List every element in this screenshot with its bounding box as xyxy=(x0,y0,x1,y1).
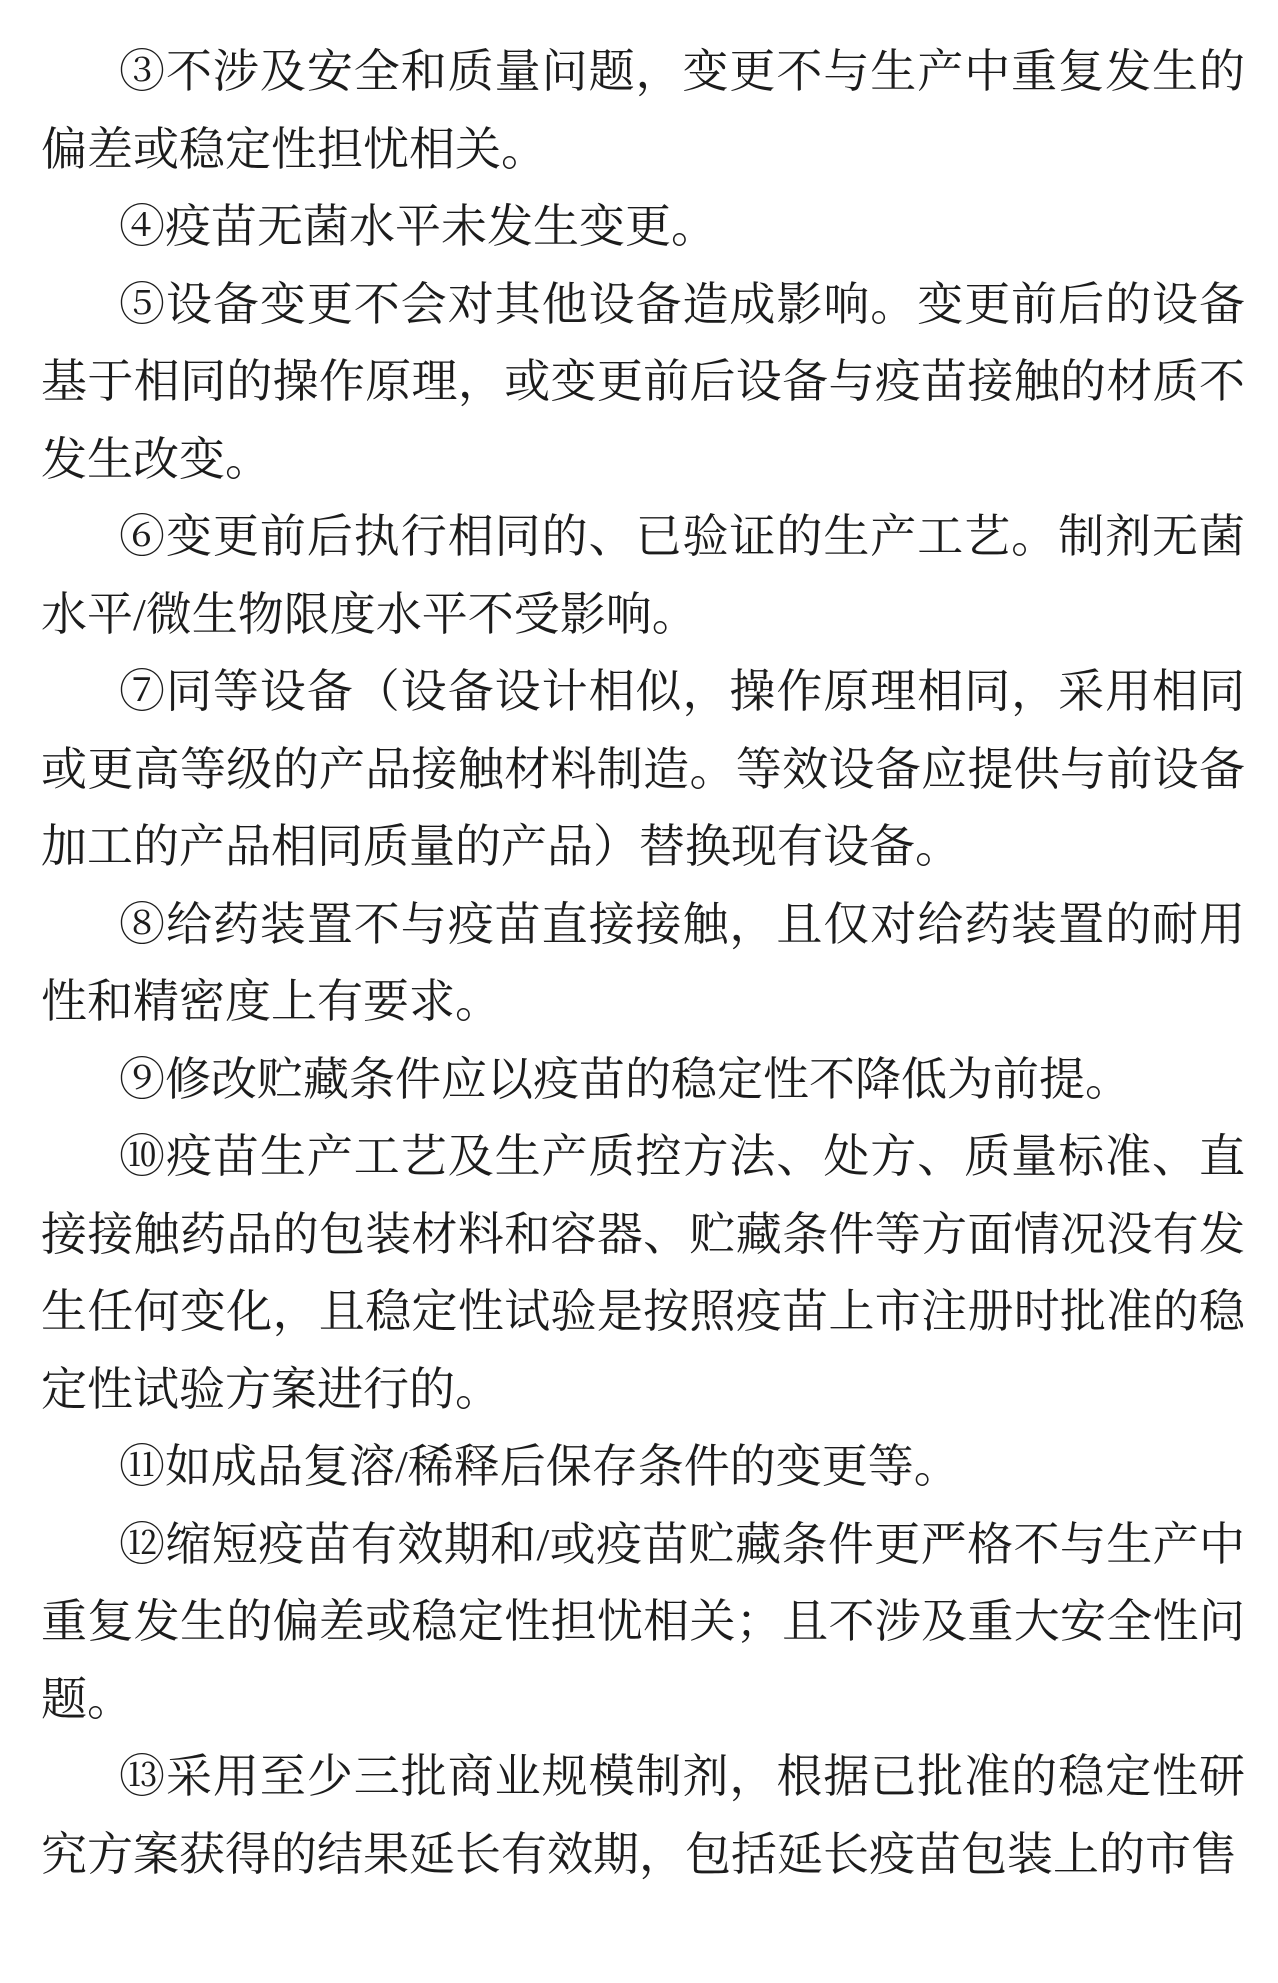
list-item-9: ⑨修改贮藏条件应以疫苗的稳定性不降低为前提。 xyxy=(41,1041,1245,1119)
list-item-4: ④疫苗无菌水平未发生变更。 xyxy=(41,188,1245,266)
list-item-8: ⑧给药装置不与疫苗直接接触，且仅对给药装置的耐用性和精密度上有要求。 xyxy=(41,886,1245,1041)
list-item-5: ⑤设备变更不会对其他设备造成影响。变更前后的设备基于相同的操作原理，或变更前后设… xyxy=(41,266,1245,499)
list-item-11: ⑪如成品复溶/稀释后保存条件的变更等。 xyxy=(41,1428,1245,1506)
list-item-10: ⑩疫苗生产工艺及生产质控方法、处方、质量标准、直接接触药品的包装材料和容器、贮藏… xyxy=(41,1118,1245,1428)
list-item-12: ⑫缩短疫苗有效期和/或疫苗贮藏条件更严格不与生产中重复发生的偏差或稳定性担忧相关… xyxy=(41,1506,1245,1739)
list-item-3: ③不涉及安全和质量问题，变更不与生产中重复发生的偏差或稳定性担忧相关。 xyxy=(41,33,1245,188)
document-body: ③不涉及安全和质量问题，变更不与生产中重复发生的偏差或稳定性担忧相关。④疫苗无菌… xyxy=(41,33,1245,1893)
document-page: ③不涉及安全和质量问题，变更不与生产中重复发生的偏差或稳定性担忧相关。④疫苗无菌… xyxy=(0,0,1278,1983)
list-item-6: ⑥变更前后执行相同的、已验证的生产工艺。制剂无菌水平/微生物限度水平不受影响。 xyxy=(41,498,1245,653)
list-item-13: ⑬采用至少三批商业规模制剂，根据已批准的稳定性研究方案获得的结果延长有效期，包括… xyxy=(41,1738,1245,1893)
list-item-7: ⑦同等设备（设备设计相似，操作原理相同，采用相同或更高等级的产品接触材料制造。等… xyxy=(41,653,1245,886)
